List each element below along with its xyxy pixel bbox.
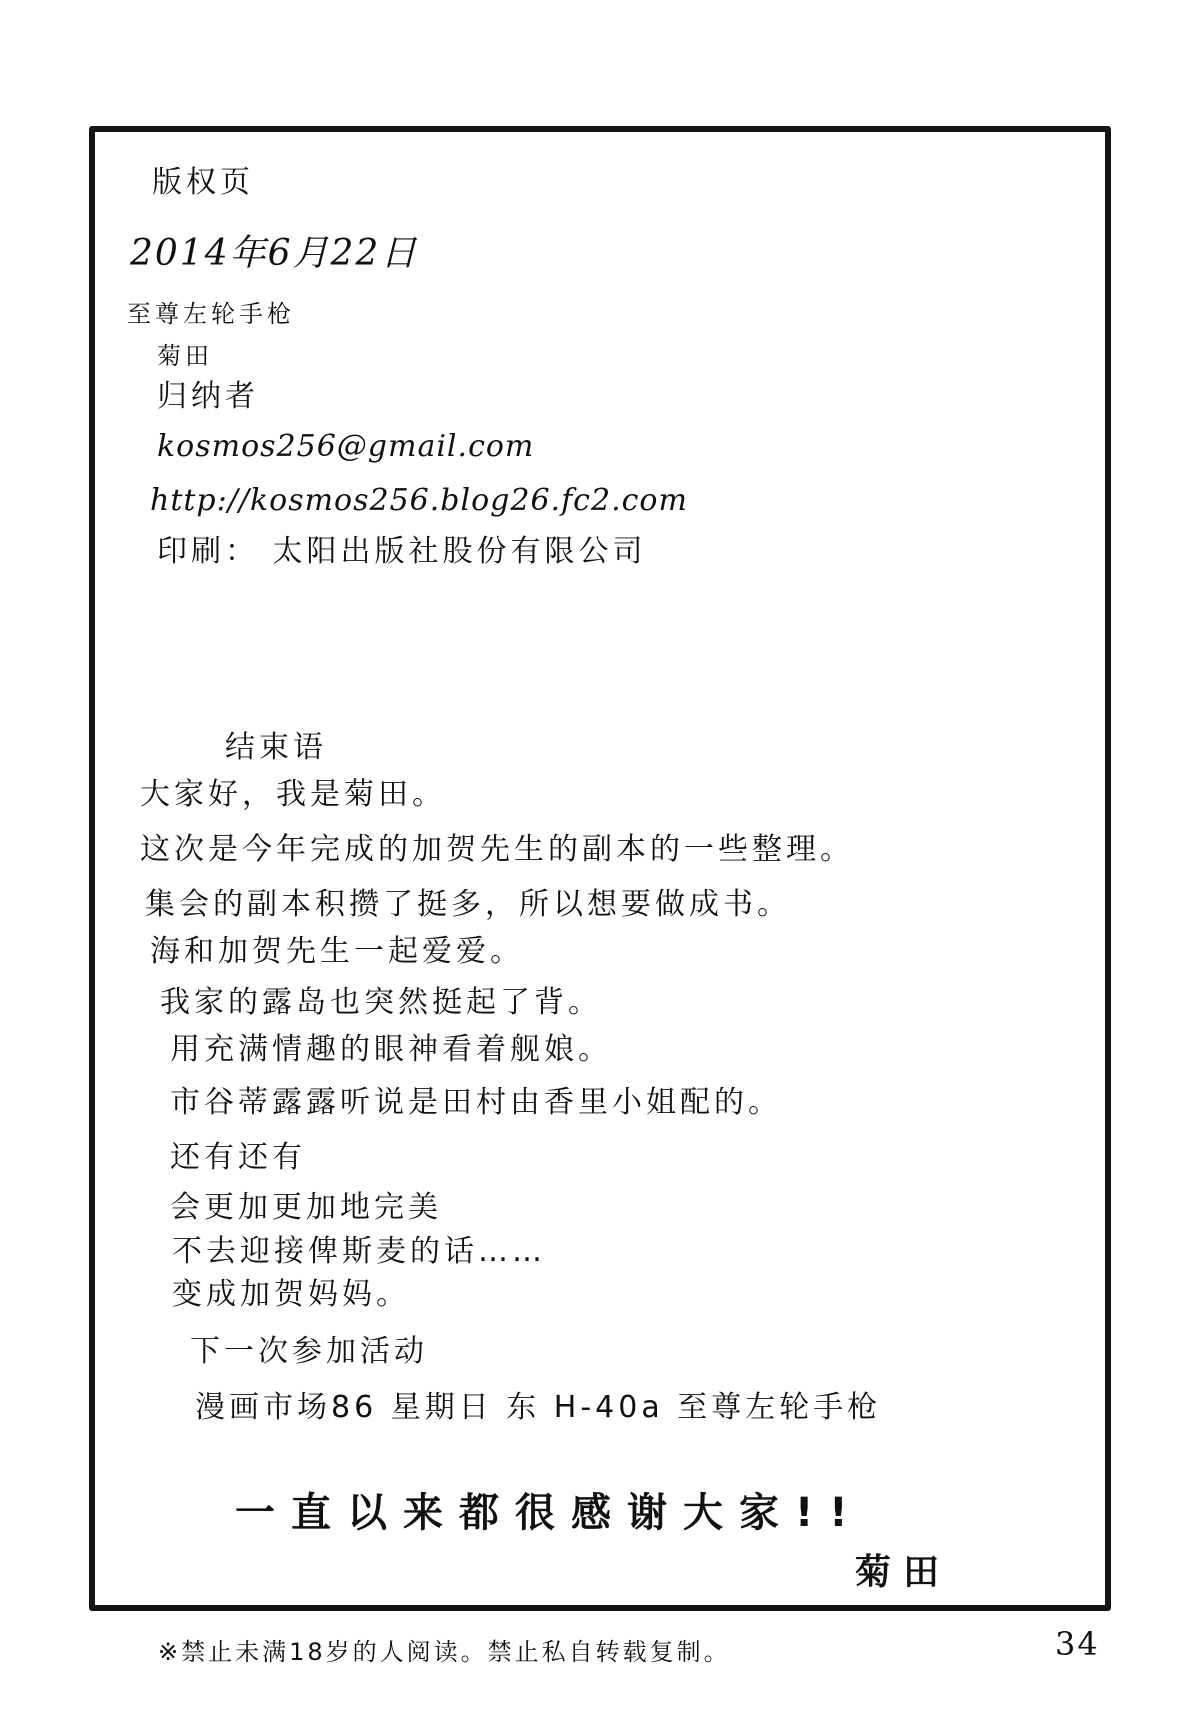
next-event-details: 漫画市场86 星期日 东 H-40a 至尊左轮手枪 <box>195 1393 881 1423</box>
page-frame <box>89 126 1111 1611</box>
circle-name: 至尊左轮手枪 <box>127 302 295 326</box>
afterword-heading: 结束语 <box>225 733 327 763</box>
afterword-line: 海和加贺先生一起爱爱。 <box>150 937 524 967</box>
afterword-line: 集会的副本积攒了挺多，所以想要做成书。 <box>145 890 791 920</box>
age-restriction-notice: ※禁止未满18岁的人阅读。禁止私自转载复制。 <box>158 1640 731 1664</box>
afterword-line: 还有还有 <box>170 1143 306 1173</box>
afterword-line: 变成加贺妈妈。 <box>172 1280 410 1310</box>
publication-date: 2014年6月22日 <box>130 236 418 272</box>
contact-url: http://kosmos256.blog26.fc2.com <box>150 486 688 516</box>
afterword-line: 这次是今年完成的加贺先生的副本的一些整理。 <box>140 835 854 865</box>
colophon-heading: 版权页 <box>152 168 254 198</box>
next-event-heading: 下一次参加活动 <box>190 1337 428 1367</box>
thanks-message: 一直以来都很感谢大家!! <box>235 1493 863 1533</box>
author-role: 归纳者 <box>157 382 259 412</box>
signature: 菊田 <box>855 1555 951 1591</box>
afterword-line: 会更加更加地完美 <box>170 1193 442 1223</box>
printer-info: 印刷： 太阳出版社股份有限公司 <box>157 537 647 567</box>
afterword-line: 大家好，我是菊田。 <box>140 780 446 810</box>
page-number: 34 <box>1055 1628 1100 1660</box>
afterword-line: 市谷蒂露露听说是田村由香里小姐配的。 <box>170 1088 782 1118</box>
afterword-line: 不去迎接俾斯麦的话…… <box>172 1237 546 1267</box>
afterword-line: 我家的露岛也突然挺起了背。 <box>160 988 602 1018</box>
contact-email: kosmos256@gmail.com <box>157 432 534 462</box>
author-name: 菊田 <box>157 344 213 368</box>
afterword-line: 用充满情趣的眼神看着舰娘。 <box>170 1035 612 1065</box>
